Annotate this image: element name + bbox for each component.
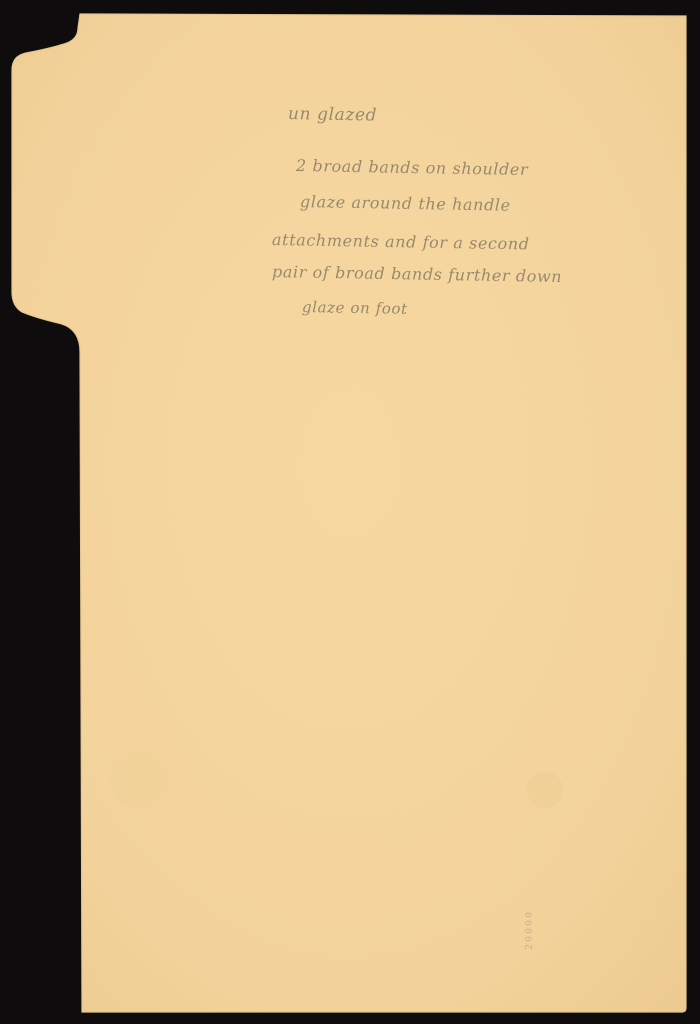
faint-stamp: 20000 (524, 860, 546, 950)
index-card (0, 0, 700, 1024)
card-body (12, 14, 686, 1012)
scan-background: un glazed 2 broad bands on shoulder glaz… (0, 0, 700, 1024)
paper-stain (527, 772, 563, 808)
paper-stain (110, 750, 170, 810)
